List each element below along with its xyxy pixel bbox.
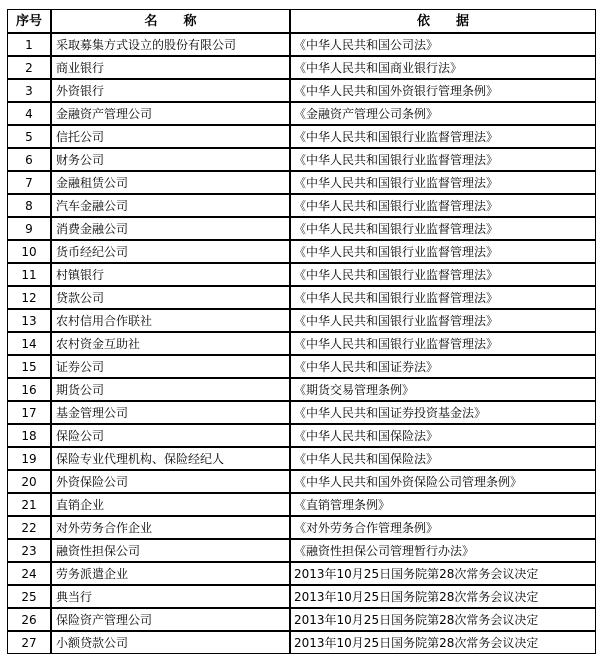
row-name: 劳务派遣企业 xyxy=(52,563,291,584)
table-row: 11村镇银行《中华人民共和国银行业监督管理法》 xyxy=(8,262,595,285)
row-name: 典当行 xyxy=(52,586,291,607)
table-row: 6财务公司《中华人民共和国银行业监督管理法》 xyxy=(8,147,595,170)
row-index: 26 xyxy=(8,609,52,630)
row-name: 采取募集方式设立的股份有限公司 xyxy=(52,34,291,55)
row-name: 信托公司 xyxy=(52,126,291,147)
row-name: 货币经纪公司 xyxy=(52,241,291,262)
row-basis: 《中华人民共和国商业银行法》 xyxy=(291,57,595,78)
row-index: 10 xyxy=(8,241,52,262)
table-row: 17基金管理公司《中华人民共和国证券投资基金法》 xyxy=(8,400,595,423)
row-index: 5 xyxy=(8,126,52,147)
header-name: 名 称 xyxy=(52,10,291,32)
row-name: 金融租赁公司 xyxy=(52,172,291,193)
row-basis: 《中华人民共和国银行业监督管理法》 xyxy=(291,126,595,147)
header-index: 序号 xyxy=(8,10,52,32)
row-basis: 《金融资产管理公司条例》 xyxy=(291,103,595,124)
row-basis: 《融资性担保公司管理暂行办法》 xyxy=(291,540,595,561)
row-basis: 《中华人民共和国银行业监督管理法》 xyxy=(291,310,595,331)
table-row: 26保险资产管理公司2013年10月25日国务院第28次常务会议决定 xyxy=(8,607,595,630)
row-name: 财务公司 xyxy=(52,149,291,170)
row-name: 消费金融公司 xyxy=(52,218,291,239)
row-index: 4 xyxy=(8,103,52,124)
row-name: 贷款公司 xyxy=(52,287,291,308)
row-index: 20 xyxy=(8,471,52,492)
row-index: 8 xyxy=(8,195,52,216)
row-basis: 2013年10月25日国务院第28次常务会议决定 xyxy=(291,632,595,653)
row-name: 融资性担保公司 xyxy=(52,540,291,561)
row-index: 9 xyxy=(8,218,52,239)
row-basis: 《中华人民共和国外资银行管理条例》 xyxy=(291,80,595,101)
row-basis: 《直销管理条例》 xyxy=(291,494,595,515)
row-index: 24 xyxy=(8,563,52,584)
row-name: 保险资产管理公司 xyxy=(52,609,291,630)
row-basis: 《中华人民共和国银行业监督管理法》 xyxy=(291,218,595,239)
table-row: 4金融资产管理公司《金融资产管理公司条例》 xyxy=(8,101,595,124)
row-basis: 2013年10月25日国务院第28次常务会议决定 xyxy=(291,563,595,584)
header-basis: 依 据 xyxy=(291,10,595,32)
row-basis: 《中华人民共和国银行业监督管理法》 xyxy=(291,172,595,193)
table-header-row: 序号 名 称 依 据 xyxy=(8,10,595,32)
table-row: 10货币经纪公司《中华人民共和国银行业监督管理法》 xyxy=(8,239,595,262)
row-name: 保险公司 xyxy=(52,425,291,446)
row-index: 13 xyxy=(8,310,52,331)
table-body: 1采取募集方式设立的股份有限公司《中华人民共和国公司法》2商业银行《中华人民共和… xyxy=(8,32,595,653)
row-index: 23 xyxy=(8,540,52,561)
row-basis: 《中华人民共和国银行业监督管理法》 xyxy=(291,149,595,170)
row-basis: 《中华人民共和国证券投资基金法》 xyxy=(291,402,595,423)
row-index: 16 xyxy=(8,379,52,400)
table-row: 22对外劳务合作企业《对外劳务合作管理条例》 xyxy=(8,515,595,538)
table-row: 27小额贷款公司2013年10月25日国务院第28次常务会议决定 xyxy=(8,630,595,653)
table-row: 23融资性担保公司《融资性担保公司管理暂行办法》 xyxy=(8,538,595,561)
table-row: 1采取募集方式设立的股份有限公司《中华人民共和国公司法》 xyxy=(8,32,595,55)
row-basis: 2013年10月25日国务院第28次常务会议决定 xyxy=(291,609,595,630)
row-name: 农村资金互助社 xyxy=(52,333,291,354)
row-name: 汽车金融公司 xyxy=(52,195,291,216)
table-row: 2商业银行《中华人民共和国商业银行法》 xyxy=(8,55,595,78)
row-name: 直销企业 xyxy=(52,494,291,515)
row-name: 证券公司 xyxy=(52,356,291,377)
registration-basis-table: 序号 名 称 依 据 1采取募集方式设立的股份有限公司《中华人民共和国公司法》2… xyxy=(7,9,596,654)
table-row: 19保险专业代理机构、保险经纪人《中华人民共和国保险法》 xyxy=(8,446,595,469)
row-basis: 2013年10月25日国务院第28次常务会议决定 xyxy=(291,586,595,607)
row-basis: 《中华人民共和国保险法》 xyxy=(291,425,595,446)
row-index: 15 xyxy=(8,356,52,377)
table-row: 12贷款公司《中华人民共和国银行业监督管理法》 xyxy=(8,285,595,308)
row-name: 基金管理公司 xyxy=(52,402,291,423)
row-basis: 《中华人民共和国银行业监督管理法》 xyxy=(291,241,595,262)
row-name: 金融资产管理公司 xyxy=(52,103,291,124)
row-name: 商业银行 xyxy=(52,57,291,78)
row-name: 对外劳务合作企业 xyxy=(52,517,291,538)
row-name: 期货公司 xyxy=(52,379,291,400)
row-name: 小额贷款公司 xyxy=(52,632,291,653)
table-row: 16期货公司《期货交易管理条例》 xyxy=(8,377,595,400)
row-basis: 《中华人民共和国银行业监督管理法》 xyxy=(291,195,595,216)
row-name: 外资银行 xyxy=(52,80,291,101)
row-basis: 《中华人民共和国外资保险公司管理条例》 xyxy=(291,471,595,492)
row-index: 6 xyxy=(8,149,52,170)
table-row: 25典当行2013年10月25日国务院第28次常务会议决定 xyxy=(8,584,595,607)
row-index: 18 xyxy=(8,425,52,446)
table-row: 14农村资金互助社《中华人民共和国银行业监督管理法》 xyxy=(8,331,595,354)
row-basis: 《中华人民共和国公司法》 xyxy=(291,34,595,55)
table-row: 13农村信用合作联社《中华人民共和国银行业监督管理法》 xyxy=(8,308,595,331)
row-index: 3 xyxy=(8,80,52,101)
row-name: 外资保险公司 xyxy=(52,471,291,492)
row-index: 25 xyxy=(8,586,52,607)
table-row: 18保险公司《中华人民共和国保险法》 xyxy=(8,423,595,446)
row-index: 27 xyxy=(8,632,52,653)
row-basis: 《中华人民共和国证券法》 xyxy=(291,356,595,377)
row-index: 12 xyxy=(8,287,52,308)
row-index: 21 xyxy=(8,494,52,515)
row-index: 22 xyxy=(8,517,52,538)
row-index: 2 xyxy=(8,57,52,78)
row-index: 17 xyxy=(8,402,52,423)
row-basis: 《中华人民共和国银行业监督管理法》 xyxy=(291,333,595,354)
row-name: 农村信用合作联社 xyxy=(52,310,291,331)
row-basis: 《中华人民共和国银行业监督管理法》 xyxy=(291,264,595,285)
row-index: 7 xyxy=(8,172,52,193)
table-row: 24劳务派遣企业2013年10月25日国务院第28次常务会议决定 xyxy=(8,561,595,584)
table-row: 20外资保险公司《中华人民共和国外资保险公司管理条例》 xyxy=(8,469,595,492)
table-row: 21直销企业《直销管理条例》 xyxy=(8,492,595,515)
row-basis: 《中华人民共和国保险法》 xyxy=(291,448,595,469)
row-basis: 《中华人民共和国银行业监督管理法》 xyxy=(291,287,595,308)
table-row: 8汽车金融公司《中华人民共和国银行业监督管理法》 xyxy=(8,193,595,216)
row-index: 11 xyxy=(8,264,52,285)
row-index: 1 xyxy=(8,34,52,55)
table-row: 15证券公司《中华人民共和国证券法》 xyxy=(8,354,595,377)
table-row: 3外资银行《中华人民共和国外资银行管理条例》 xyxy=(8,78,595,101)
row-name: 村镇银行 xyxy=(52,264,291,285)
table-row: 5信托公司《中华人民共和国银行业监督管理法》 xyxy=(8,124,595,147)
table-row: 9消费金融公司《中华人民共和国银行业监督管理法》 xyxy=(8,216,595,239)
row-index: 14 xyxy=(8,333,52,354)
row-name: 保险专业代理机构、保险经纪人 xyxy=(52,448,291,469)
row-basis: 《对外劳务合作管理条例》 xyxy=(291,517,595,538)
row-index: 19 xyxy=(8,448,52,469)
row-basis: 《期货交易管理条例》 xyxy=(291,379,595,400)
table-row: 7金融租赁公司《中华人民共和国银行业监督管理法》 xyxy=(8,170,595,193)
